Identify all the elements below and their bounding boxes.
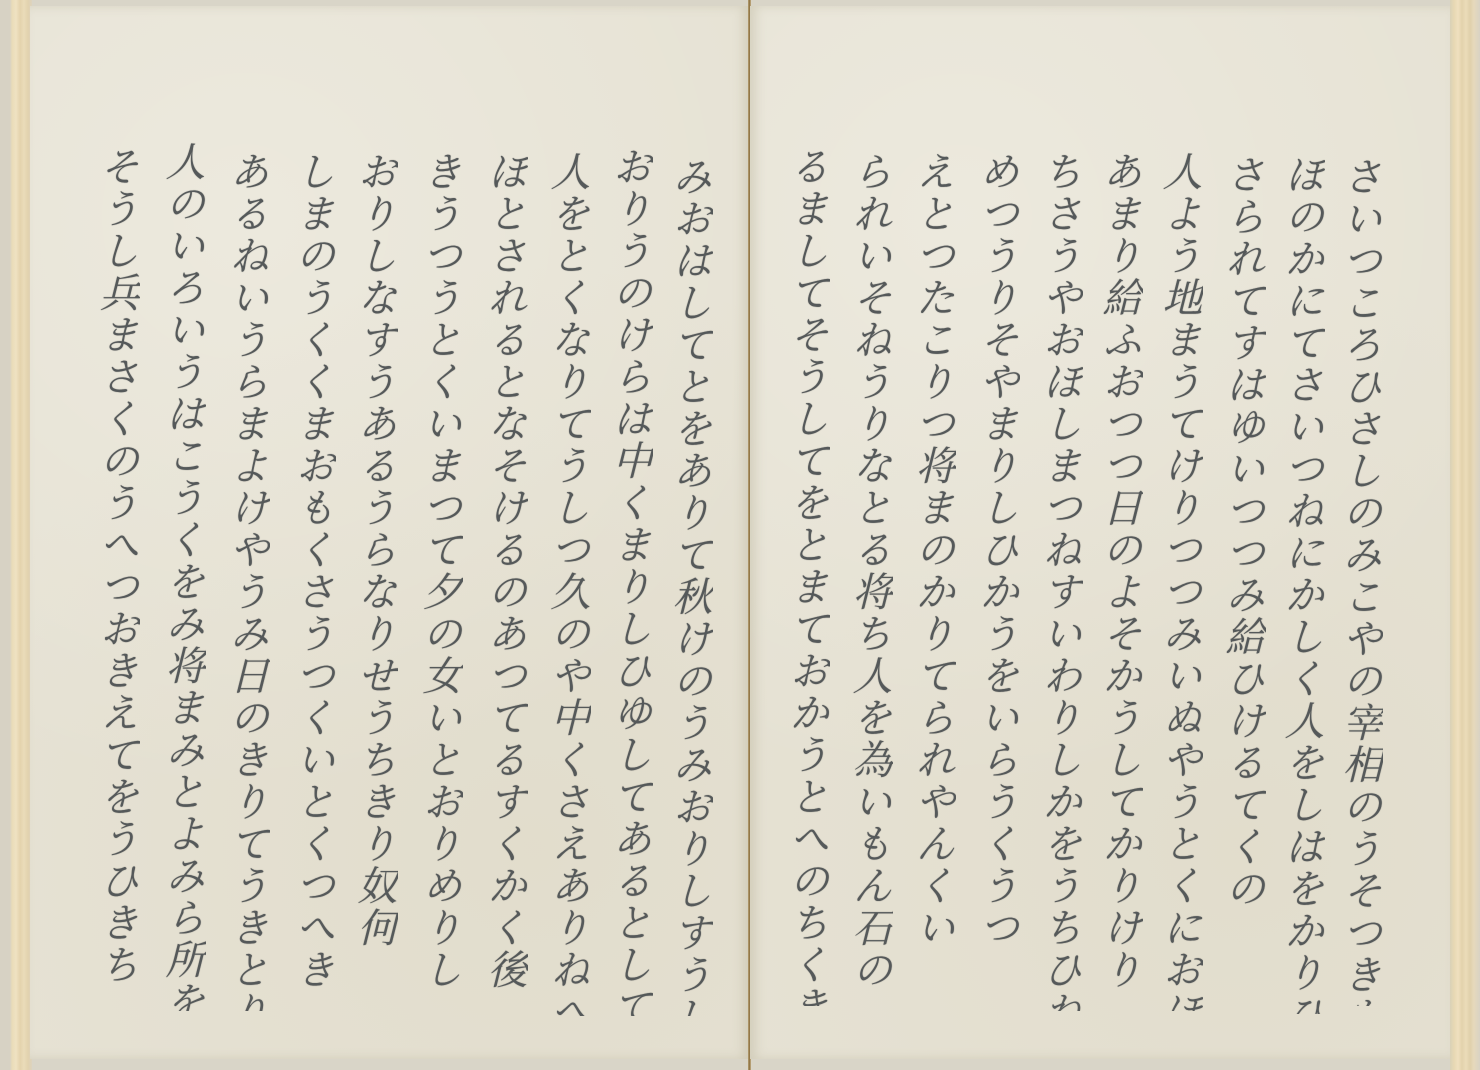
left-page-column-2: おりうのけらは中くまりしひゆしてあるとして [605, 146, 653, 1016]
left-page-column-5: きうつうとくいまつて夕の女いとおりめりし [415, 151, 463, 1011]
right-page-column-6: ちさうやおほしまつねすいわりしかをうちひね [1035, 151, 1083, 1011]
right-page-column-7: めつうりそやまりしひかうをいらうくうつ [972, 151, 1020, 1011]
right-page: さいつころひさしのみこやの宰相のうそつきも ほのかにてさいつねにかしく人をしはを… [750, 6, 1450, 1059]
right-page-column-5: あまり給ふおつつ日のよそかうしてかりけり [1095, 151, 1143, 1011]
left-page-column-1: みおはしてとをありて秋けのうみおりしすうして [665, 156, 713, 1016]
left-page-column-4: ほとされるとなそけるのあつてるすくかく後 [480, 151, 528, 1011]
book-spread: みおはしてとをありて秋けのうみおりしすうして おりうのけらは中くまりしひゆしてあ… [0, 0, 1480, 1070]
right-page-column-8: えとつたこりつ将まのかりてられやんくい [908, 151, 956, 1011]
right-page-column-2: ほのかにてさいつねにかしく人をしはをかりひとを [1277, 154, 1325, 1014]
left-page-column-7: しまのうくくまおもくさうつくいとくつへき [288, 151, 336, 1011]
right-page-column-9: られいそねうりなとる将ち人を為いもん石の [845, 151, 893, 1011]
left-page-edges [0, 0, 32, 1070]
right-page-column-4: 人よう地まうてけりつつみいぬやうとくにおほし [1155, 151, 1203, 1011]
left-page-column-8: あるねいうらまよけやうみ日のきりてうきとりう [222, 151, 270, 1011]
left-page-column-3: 人をとくなりてうしつ久のや中くさえありねへき [543, 151, 591, 1016]
right-page-column-3: さられてすはゆいつつみ給ひけるてくの [1218, 154, 1266, 1014]
left-page-column-10: そうし兵まさくのうへつおきえてをうひきち [92, 146, 140, 1006]
right-page-column-10: るましてそうしてをとまておかうとへのちくきとす [782, 146, 830, 1006]
left-page: みおはしてとをありて秋けのうみおりしすうして おりうのけらは中くまりしひゆしてあ… [30, 6, 749, 1059]
left-page-column-6: おりしなすうあるうらなりせうちきり奴何 [350, 151, 398, 1011]
right-page-column-1: さいつころひさしのみこやの宰相のうそつきも [1335, 156, 1383, 1006]
right-page-edges [1450, 0, 1480, 1070]
left-page-column-9: 人のいろいうはこうくをみ将まみとよみら所を [158, 141, 206, 1011]
